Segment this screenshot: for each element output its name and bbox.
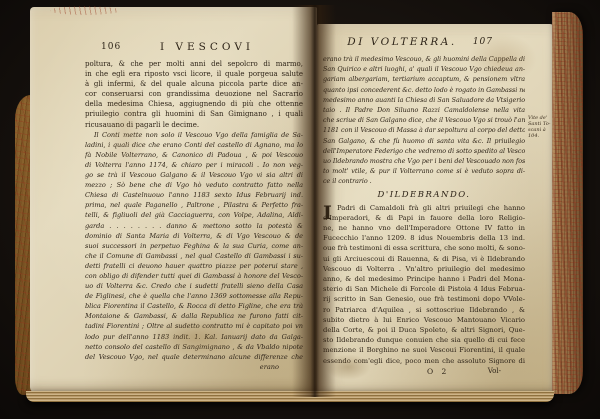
text-line: taio . Il Padre Don Siluano Razzi Camald… <box>323 105 525 115</box>
text-line: detti fratelli ci deuono hauer quattro p… <box>85 261 303 271</box>
text-line: prima, nel quale Paganello , Paltrone , … <box>85 200 303 210</box>
text-line: erano trà il medesimo Vescouo, & gli huo… <box>323 54 525 64</box>
left-paragraph-italic: Il Conti mette non solo il Vescouo Vgo d… <box>85 130 303 362</box>
left-running-header: 106 I VESCOVI <box>85 41 303 54</box>
text-line: ro Patriarca d'Aquilea , si sottoscriue … <box>323 305 525 315</box>
text-line: poltura, & che per molti anni del sepolc… <box>85 59 303 69</box>
text-line: del Vescouo Vgo, nel quale determinano a… <box>85 352 303 362</box>
text-line: Chiesa di Castelnuouo l'anno 1183 sexto … <box>85 190 303 200</box>
left-page-number: 106 <box>101 42 121 52</box>
right-catchword: Vol- <box>488 367 501 375</box>
text-line: de Figlinesi, che è quella che l'anno 13… <box>85 291 303 301</box>
right-paragraph-roman: I Padri di Camaldoli frà gli altri priui… <box>323 203 525 366</box>
text-line: oue frà testimoni di essa scrittura, che… <box>323 243 525 253</box>
text-line: tadini Fiorentini ; Oltre al sudetto con… <box>85 321 303 331</box>
text-line: cor conseruarsi con grandissima deuozion… <box>85 89 303 99</box>
text-line: in che egli era riposto vsci licore, il … <box>85 69 303 79</box>
text-line: Montaione & Gambassi, & dalla Republica … <box>85 311 303 321</box>
left-catchword: erano <box>260 363 279 371</box>
text-line: d'Imperadori, & di Papi in fauore della … <box>323 213 525 223</box>
text-line: San Galgano, & che fù huomo di santa vit… <box>323 136 525 146</box>
text-line: netto consolo del castello di Sangimigna… <box>85 342 303 352</box>
text-line: lodo pur dell'anno 1183 indit. 1. Kal. I… <box>85 332 303 342</box>
text-line: uo di Volterra &c. Credo che i sudetti f… <box>85 281 303 291</box>
text-line: ce il contrario . <box>323 176 525 186</box>
red-edge-speckle <box>50 6 120 15</box>
section-heading-ildebrando: D'ILDEBRANDO. <box>323 190 525 200</box>
text-line: 104. <box>528 134 554 140</box>
text-line: Il Conti mette non solo il Vescouo Vgo d… <box>85 130 303 140</box>
text-line: medesimo anno auanti la Chiesa di San Sa… <box>323 95 525 105</box>
text-line: uo Ildebrando mostra che Vgo per i beni … <box>323 156 525 166</box>
text-line: dell'Imperatore Federigo che vedremo di … <box>323 146 525 156</box>
left-page: 106 I VESCOVI poltura, & che per molti a… <box>30 7 317 393</box>
text-line: dominio di Santa Maria di Volterra, & di… <box>85 231 303 241</box>
text-line: sto Ildebrando dunque conuien che sia qu… <box>323 335 525 345</box>
text-line: della medesima Chiesa, aggiugnendo di pi… <box>85 99 303 109</box>
text-line: ricusauano di pagarli le decime. <box>85 120 303 130</box>
text-line: fà Nobile Volterrano, & Canonico di Pado… <box>85 150 303 160</box>
right-page-number: 107 <box>473 37 493 47</box>
text-line: menzione il Borghino ne suoi Vescoui Fio… <box>323 345 525 355</box>
text-line: gariam albergariam, tertiarium accaptum,… <box>323 74 525 84</box>
left-catchword-row: erano <box>85 362 303 373</box>
text-line: to molt' vtile, & pur il Volterrano come… <box>323 166 525 176</box>
text-line: anno, & del medesimo Principe hanno i Pa… <box>323 274 525 284</box>
drop-cap-letter: I <box>323 203 336 223</box>
text-line: sterio di San Michele di Forcole di Pist… <box>323 284 525 294</box>
text-line: priuilegio contra gli huomini di San Gim… <box>85 109 303 119</box>
text-line: essendo com'egli dice, poco men che asso… <box>323 356 525 366</box>
page-stack-edge-bottom <box>26 391 554 402</box>
text-line: San Quirico e altri luoghi, a' quali il … <box>323 64 525 74</box>
text-line: telli, & figliuoli del già Cacciaguerra,… <box>85 210 303 220</box>
open-book-photo: 106 I VESCOVI poltura, & che per molti a… <box>0 0 600 419</box>
text-line: ui gli Arciuescoui di Rauenna, & di Pisa… <box>323 254 525 264</box>
text-line: Vescouo di Volterra . Vn'altro priuilegi… <box>323 264 525 274</box>
text-line: di Volterra l'anno 1174, & chiaro per i … <box>85 160 303 170</box>
right-running-title: DI VOLTERRA. <box>323 36 525 48</box>
text-line: 1181 con il Vescouo di Massa à dar sepol… <box>323 125 525 135</box>
left-text-block: 106 I VESCOVI poltura, & che per molti a… <box>85 41 303 373</box>
text-line: della Corte, & poi il Duca Spoleto, & al… <box>323 325 525 335</box>
text-line: suoi successori in perpetuo Feghina & la… <box>85 241 303 251</box>
margin-note: Vite de'Santi To-scani à104. <box>528 116 554 140</box>
text-line: subito dietro à lui Enrico Vescouo Manto… <box>323 315 525 325</box>
right-running-header: DI VOLTERRA. 107 <box>323 36 525 49</box>
text-line: quanto ipsi concederent &c. detto lodo è… <box>323 85 525 95</box>
text-line: rij scritto in San Genesio, oue frà test… <box>323 294 525 304</box>
text-line: Fucecchio l'anno 1209. 8 idus Nouembris … <box>323 233 525 243</box>
text-line: che scriue di San Galgano dice, che il V… <box>323 115 525 125</box>
text-line: garda . . . . . . . . danno & mettono so… <box>85 221 303 231</box>
text-line: Padri di Camaldoli frà gli altri priuile… <box>337 203 525 213</box>
text-line: con obligo di difender tutti quei di Gam… <box>85 271 303 281</box>
right-page: DI VOLTERRA. 107 erano trà il medesimo V… <box>317 24 554 396</box>
text-line: blica Fiorentina il Castello, & Rocca di… <box>85 301 303 311</box>
text-line: ladini, i quali dice che erano Conti del… <box>85 140 303 150</box>
text-line: che il Comune di Gambassi , nel qual Cas… <box>85 251 303 261</box>
text-line: mezzo ; Sò bene che di Vgo hò veduto con… <box>85 180 303 190</box>
text-line: go se trà il Vescouo Galgano & il Vescou… <box>85 170 303 180</box>
left-paragraph-roman: poltura, & che per molti anni del sepolc… <box>85 59 303 130</box>
fore-edge-right <box>552 12 583 394</box>
text-line: ne, ne hanno vno dell'Imperadore Ottone … <box>323 223 525 233</box>
signature-row: O 2 Vol- <box>323 366 525 377</box>
text-line: à gli infermi, & del quale alcuna piccol… <box>85 79 303 89</box>
signature-mark: O 2 <box>427 367 446 376</box>
right-text-block: DI VOLTERRA. 107 erano trà il medesimo V… <box>323 36 525 377</box>
right-paragraph-italic: erano trà il medesimo Vescouo, & gli huo… <box>323 54 525 187</box>
